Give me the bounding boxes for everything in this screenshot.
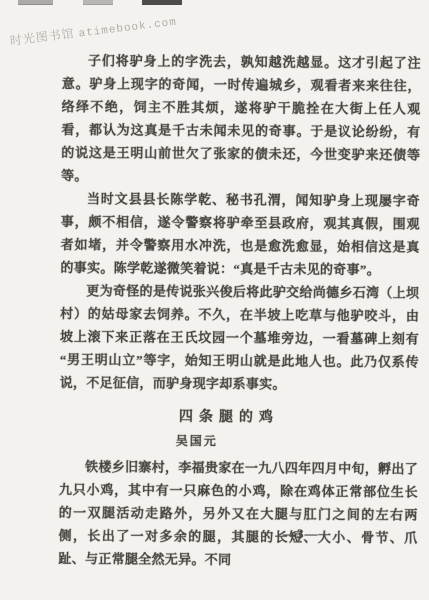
paragraph: 子们将驴身上的字洗去，孰知越洗越显。这才引起了注意。驴身上现字的奇闻，一时传遍城…: [61, 49, 421, 190]
paragraph: 铁楼乡旧寨村，李福贵家在一九八四年四月中旬，孵出了九只小鸡，其中有一只麻色的小鸡…: [58, 455, 418, 573]
watermark-site-name: 时光图书馆: [9, 26, 75, 48]
page-text-column: 子们将驴身上的字洗去，孰知越洗越显。这才引起了注意。驴身上现字的奇闻，一时传遍城…: [58, 49, 421, 572]
scan-artifact-bar: [83, 0, 113, 5]
watermark: 时光图书馆 atimebook.com: [9, 12, 178, 49]
section-title: 四条腿的鸡: [46, 405, 405, 431]
scan-artifact-bar: [18, 0, 53, 5]
watermark-domain: atimebook.com: [78, 17, 178, 41]
page-number: —3—: [283, 526, 319, 542]
scanned-book-page: 时光图书馆 atimebook.com 子们将驴身上的字洗去，孰知越洗越显。这才…: [0, 0, 429, 600]
paragraph: 更为奇怪的是传说张兴俊后将此驴交给尚德乡石湾（上坝村）的姑母家去饲养。不久，在半…: [60, 279, 420, 397]
scan-artifact-bar: [142, 0, 182, 5]
section-author: 吴国元: [17, 429, 376, 454]
paragraph: 当时文县县长陈学乾、秘书孔渭，闻知驴身上现屡字奇事，颇不相信，遂令警察将驴牵至县…: [60, 187, 420, 282]
